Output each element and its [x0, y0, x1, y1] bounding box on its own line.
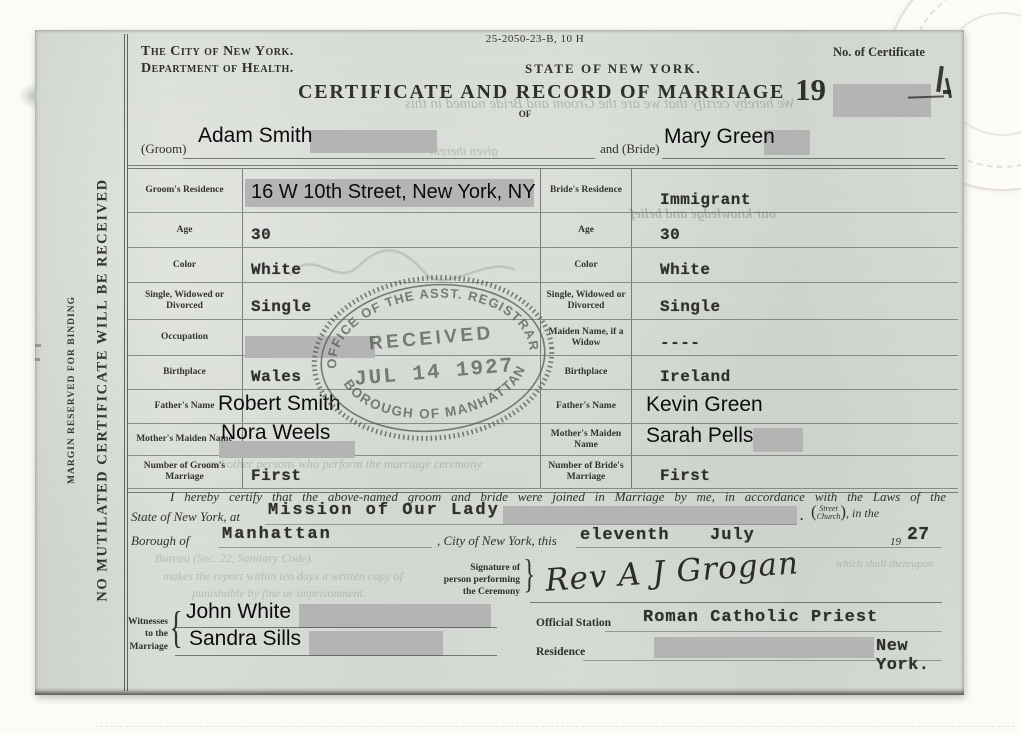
document-title: CERTIFICATE AND RECORD OF MARRIAGE [298, 81, 772, 104]
bleed-line: which shall thereupon [836, 558, 933, 570]
table-row: Age 30 Age 30 [127, 213, 958, 248]
residence-label: Residence [536, 646, 585, 658]
margin-mutilated-note: NO MUTILATED CERTIFICATE WILL BE RECEIVE… [95, 178, 112, 601]
bride-name-rule [662, 158, 945, 159]
label-groom-color: Color [127, 248, 243, 282]
groom-name-rule [183, 158, 595, 159]
city-this-text: , City of New York, this [437, 533, 557, 549]
official-station-label: Official Station [536, 617, 611, 629]
stamp-received-text: RECEIVED [368, 323, 494, 355]
sig-label-line2: person performing [418, 575, 520, 587]
certificate-document: MARGIN RESERVED FOR BINDING NO MUTILATED… [35, 30, 964, 695]
value-bride-age: 30 [632, 213, 958, 247]
bride-label: and (Bride) [600, 141, 660, 157]
bride-name-annotation: Mary Green [664, 125, 775, 149]
label-bride-residence: Bride's Residence [540, 169, 632, 212]
sig-label-line1: Signature of [418, 563, 520, 575]
certification-state-at: State of New York, at [131, 509, 240, 525]
witnesses-label-line3: Marriage [128, 641, 168, 653]
value-bride-maiden-name: ---- [632, 320, 958, 355]
value-bride-residence: Immigrant [632, 169, 958, 212]
label-bride-color: Color [540, 248, 632, 282]
bleed-line: Bureau (Sec. 22, Sanitary Code). [155, 551, 314, 566]
witness2-annotation: Sandra Sills [189, 627, 301, 651]
label-groom-residence: Groom's Residence [127, 169, 243, 212]
paper-nick [35, 358, 40, 361]
ink-blot [943, 90, 951, 94]
label-groom-birthplace: Birthplace [127, 356, 243, 389]
bride-father-annotation: Kevin Green [646, 393, 763, 417]
witness1-annotation: John White [186, 600, 291, 624]
binding-rule-outer [124, 34, 125, 691]
redaction-witness2 [309, 631, 443, 656]
church-line-dot: . [800, 508, 803, 524]
witnesses-label-line1: Witnesses [128, 616, 168, 628]
value-bride-marriage-number: First [632, 456, 958, 488]
witnesses-brace: { [170, 604, 183, 653]
margin-binding-note: MARGIN RESERVED FOR BINDING [67, 296, 77, 484]
redaction-bride-mother [753, 428, 803, 452]
form-number: 25-2050-23-B, 10 H [415, 33, 655, 45]
certificate-year-big: 19 [795, 72, 826, 108]
value-bride-color: White [632, 248, 958, 282]
bleed-line: punishable by fine or imprisonment. [192, 586, 366, 601]
stamp-date-text: JUL 14 1927 [353, 355, 515, 392]
label-bride-marriage-number: Number of Bride's Marriage [540, 456, 632, 488]
title-of-word: OF [515, 109, 535, 119]
witnesses-label-line2: to the [128, 628, 168, 640]
in-the-text: , in the [846, 506, 879, 520]
borough-of-label: Borough of [131, 533, 189, 549]
ink-blot [945, 78, 952, 98]
redaction-certificate-number [833, 84, 931, 117]
double-rule-top-a [127, 165, 958, 166]
church-name-typed: Mission of Our Lady [268, 501, 500, 520]
agency-dept-line: Department of Health. [141, 61, 294, 77]
value-groom-age: 30 [243, 213, 540, 247]
officiant-signature: Rev A J Grogan [544, 545, 800, 599]
groom-name-annotation: Adam Smith [198, 124, 312, 148]
scanned-page: MARGIN RESERVED FOR BINDING NO MUTILATED… [0, 0, 1021, 734]
table-row: Number of Groom's Marriage First Number … [127, 456, 958, 489]
sig-brace: } [523, 552, 535, 598]
official-station-rule [605, 631, 942, 632]
paper-nick [35, 344, 41, 347]
state-line: STATE OF NEW YORK. [525, 61, 702, 77]
church-rule [265, 524, 797, 525]
church-word: Church [817, 513, 841, 521]
borough-typed: Manhattan [222, 525, 332, 544]
residence-rule [583, 660, 942, 661]
year-rule [888, 547, 942, 548]
value-bride-marital: Single [632, 283, 958, 319]
borough-rule [218, 547, 432, 548]
value-groom-marriage-number: First [243, 456, 540, 488]
year-typed: 27 [907, 525, 930, 545]
bleed-line: given therein [430, 143, 498, 159]
label-groom-marital: Single, Widowed or Divorced [127, 283, 243, 319]
scanner-artifact-line [95, 726, 1015, 727]
redaction-groom-name [310, 130, 437, 153]
redaction-church-name [503, 506, 797, 524]
bride-mother-annotation: Sarah Pells [646, 424, 753, 448]
certificate-no-label: No. of Certificate [833, 45, 925, 60]
redaction-witness1 [299, 604, 491, 628]
ink-blot [936, 66, 944, 92]
witness2-rule [175, 655, 497, 656]
received-stamp: OFFICE OF THE ASST. REGISTRAR RECEIVED J… [301, 261, 565, 454]
agency-city-line: The City of New York. [141, 44, 294, 60]
label-groom-marriage-number: Number of Groom's Marriage [127, 456, 243, 488]
groom-label: (Groom) [141, 141, 187, 157]
value-bride-birthplace: Ireland [632, 356, 958, 389]
date-rule [576, 547, 888, 548]
bleed-line: makes the report within ten days a writt… [163, 569, 403, 584]
label-bride-age: Age [540, 213, 632, 247]
signature-rule [530, 602, 942, 603]
redaction-residence [654, 637, 874, 658]
day-typed: eleventh [580, 526, 670, 545]
official-station-value: Roman Catholic Priest [643, 608, 878, 627]
label-groom-age: Age [127, 213, 243, 247]
month-typed: July [710, 526, 755, 545]
sig-label-line3: the Ceremony [418, 587, 520, 599]
label-groom-occupation: Occupation [127, 320, 243, 355]
groom-residence-annotation: 16 W 10th Street, New York, NY [251, 181, 536, 204]
residence-value: New York. [876, 637, 964, 675]
